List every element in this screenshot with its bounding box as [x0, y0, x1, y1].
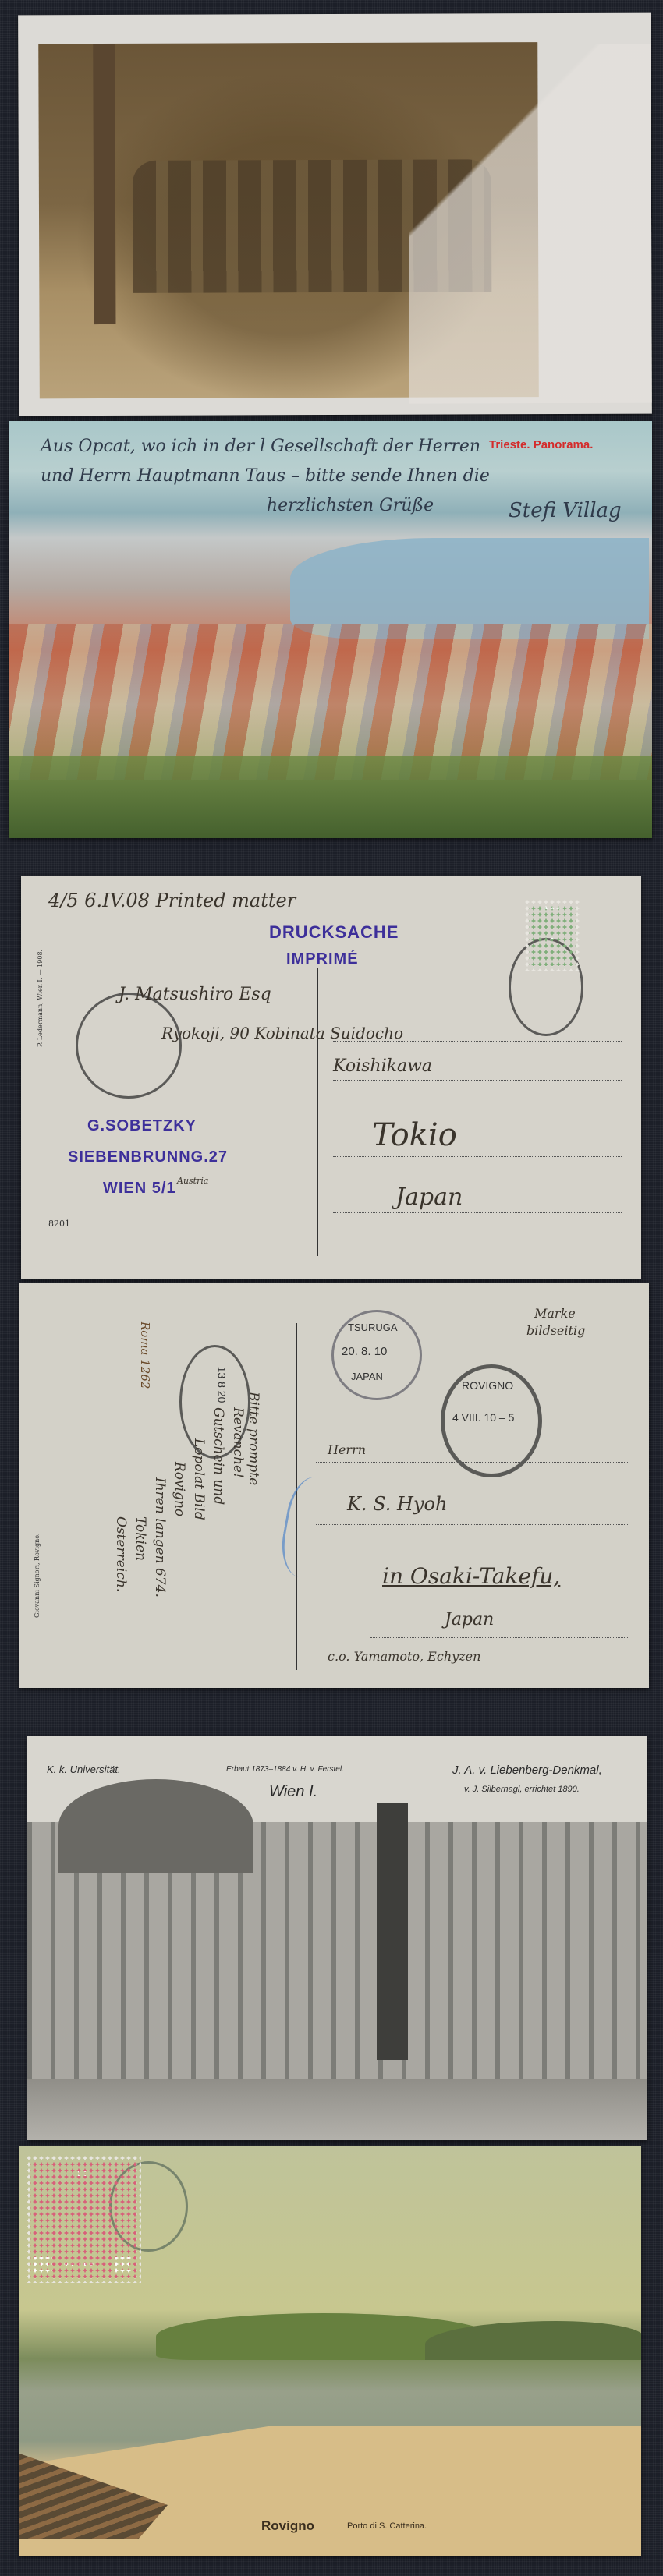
address-rule	[316, 1524, 628, 1525]
address-care-of: c.o. Yamamoto, Echyzen	[328, 1649, 480, 1664]
tsuruga-postmark: TSURUGA 20. 8. 10 JAPAN	[331, 1310, 422, 1400]
note-austria: Austria	[177, 1176, 208, 1186]
postcard-military-photo	[18, 13, 652, 416]
caption-city: Rovigno	[261, 2518, 314, 2534]
handwritten-header: 4/5 6.IV.08 Printed matter	[48, 890, 296, 911]
publisher-line: P. Ledermann, Wien I. — 1908.	[37, 950, 44, 1047]
postcard-wien-universitat: K. k. Universität. Erbaut 1873–1884 v. H…	[27, 1736, 647, 2140]
postcard-rovigno-porto: 1908 10 HELLER 10 Rovigno Porto di S. Ca…	[19, 2146, 641, 2556]
drucksache-stamp: DRUCKSACHE	[269, 922, 399, 943]
address-rule	[333, 1156, 622, 1157]
card-number: 8201	[48, 1219, 70, 1229]
address-line-4: Tokio	[372, 1117, 457, 1153]
liebenberg-monument	[377, 1803, 408, 2060]
postcard-back-rovigno: Giovanni Signori, Rovigno. Marke bildsei…	[19, 1283, 649, 1688]
tree-trunk	[93, 44, 115, 324]
address-line-1: J. Matsushiro Esq	[119, 985, 271, 1004]
publisher-line: Giovanni Signori, Rovigno.	[34, 1534, 41, 1618]
note-marke: Marke	[534, 1306, 576, 1321]
address-rule	[333, 1080, 622, 1081]
university-dome	[58, 1779, 253, 1873]
foreground-trees	[9, 756, 652, 838]
blue-pencil-marks	[276, 1474, 349, 1583]
caption-center: Erbaut 1873–1884 v. H. v. Ferstel.	[226, 1765, 344, 1774]
caption-subtitle: Porto di S. Catterina.	[347, 2521, 427, 2531]
postage-stamp-10-heller: 1908 10 HELLER 10	[26, 2155, 141, 2283]
caption-city: Wien I.	[269, 1783, 317, 1801]
postage-stamp-5-heller: HELLER 5	[524, 899, 580, 971]
imprime-stamp: IMPRIMÉ	[286, 950, 359, 968]
address-city: in Osaki-Takefu,	[382, 1563, 560, 1589]
caption-left: K. k. Universität.	[47, 1764, 121, 1775]
message-line-2: und Herrn Hauptmann Taus – bitte sende I…	[41, 466, 490, 486]
sender-stamp-city: WIEN 5/1	[103, 1180, 176, 1198]
address-rule	[333, 1212, 622, 1213]
address-rule	[333, 1041, 622, 1042]
address-line-3: Koishikawa	[333, 1056, 432, 1076]
message-line-3: herzlichsten Grüße	[267, 496, 434, 515]
sender-stamp-name: G.SOBETZKY	[87, 1117, 197, 1135]
rovigno-postmark: ROVIGNO 4 VIII. 10 – 5	[441, 1364, 542, 1477]
japanese-postmark	[76, 993, 182, 1099]
signature: Stefi Villag	[509, 499, 622, 522]
address-herrn: Herrn	[328, 1442, 366, 1457]
card-divider	[317, 968, 318, 1256]
address-line-2: Ryokoji, 90 Kobinata Suidocho	[161, 1024, 403, 1042]
note-bildseitig: bildseitig	[526, 1323, 585, 1338]
postcard-trieste-panorama: Trieste. Panorama. Aus Opcat, wo ich in …	[9, 421, 652, 838]
caption-right-2: v. J. Silbernagl, errichtet 1890.	[464, 1785, 580, 1794]
handwritten-message: Bitte prompte Revanche! Gutschein und Lo…	[74, 1306, 285, 1672]
cobblestone-square	[27, 2079, 647, 2140]
address-country: Japan	[445, 1610, 494, 1629]
postcard-back-drucksache: 4/5 6.IV.08 Printed matter DRUCKSACHE IM…	[21, 876, 641, 1279]
printed-title: Trieste. Panorama.	[489, 438, 593, 451]
address-line-5: Japan	[395, 1184, 463, 1211]
address-rule	[316, 1462, 628, 1463]
sender-stamp-street: SIEBENBRUNNG.27	[68, 1148, 228, 1166]
address-name: K. S. Hyoh	[347, 1493, 447, 1515]
message-line-1: Aus Opcat, wo ich in der l Gesellschaft …	[41, 437, 480, 456]
torn-crease	[408, 44, 652, 403]
caption-right-1: J. A. v. Liebenberg-Denkmal,	[452, 1764, 602, 1777]
address-rule	[370, 1637, 628, 1638]
